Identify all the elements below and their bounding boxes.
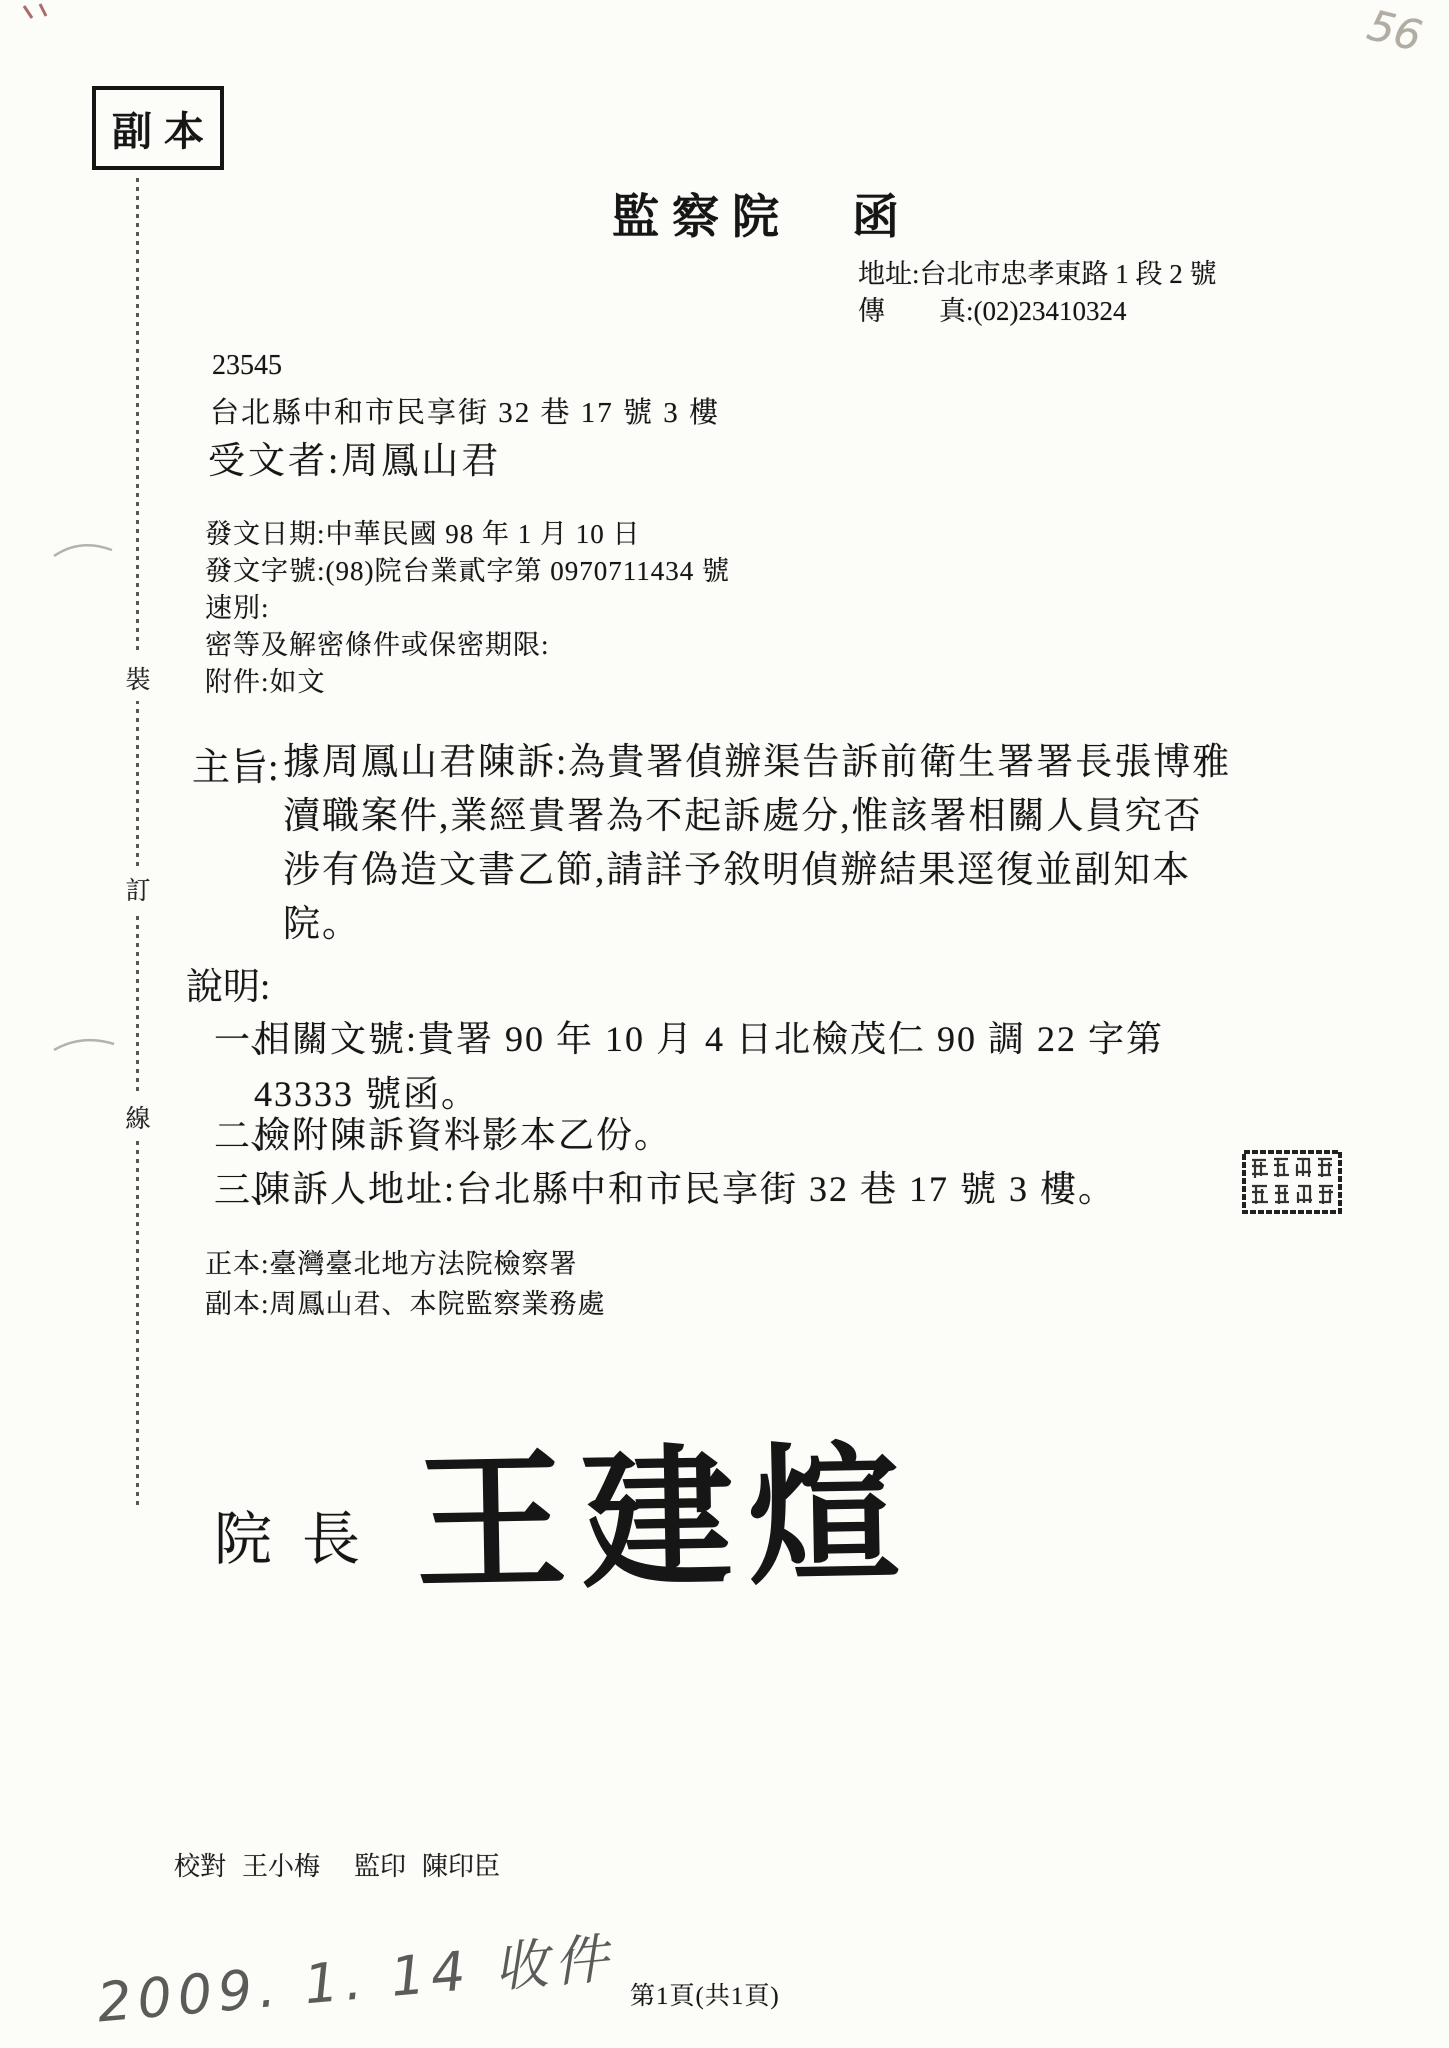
- ref-number-value: (98)院台業貳字第 0970711434 號: [326, 556, 730, 586]
- attachment-label: 附件:: [205, 667, 270, 697]
- issue-date-value: 中華民國 98 年 1 月 10 日: [326, 519, 641, 549]
- explanation-line: 相關文號:貴署 90 年 10 月 4 日北檢茂仁 90 調 22 字第: [254, 1012, 1374, 1067]
- scan-artifact-marks: [18, 2, 88, 32]
- page-number: 第1頁(共1頁): [630, 1976, 780, 2012]
- ref-number-line: 發文字號:(98)院台業貳字第 0970711434 號: [205, 553, 730, 590]
- recipient-line: 受文者:周鳳山君: [208, 430, 501, 484]
- signer-title: 院長: [214, 1492, 390, 1576]
- explanation-item-2-text: 檢附陳訴資料影本乙份。: [254, 1108, 1374, 1163]
- ref-number-label: 發文字號:: [205, 556, 326, 586]
- original-label: 正本:: [205, 1249, 270, 1279]
- official-seal-stamp-icon: [1242, 1150, 1342, 1214]
- explanation-item-3-text: 陳訴人地址:台北縣中和市民享街 32 巷 17 號 3 樓。: [254, 1162, 1374, 1217]
- binding-char-zhuang: 裝: [122, 655, 154, 701]
- fax-value: (02)23410324: [974, 296, 1127, 326]
- explanation-line: 檢附陳訴資料影本乙份。: [254, 1108, 1374, 1163]
- document-meta-block: 發文日期:中華民國 98 年 1 月 10 日 發文字號:(98)院台業貳字第 …: [205, 516, 730, 701]
- handwritten-receipt-note: 2009. 1. 14 收件: [94, 1916, 617, 2038]
- president-signature: 王建煊: [413, 1394, 915, 1621]
- recipient-label: 受文者:: [208, 441, 341, 482]
- recipient-name: 周鳳山君: [341, 441, 501, 482]
- subject-label: 主旨:: [192, 736, 279, 791]
- subject-line: 院。: [283, 898, 1303, 952]
- issue-date-label: 發文日期:: [205, 519, 326, 549]
- carbon-copy-line: 副本:周鳳山君、本院監察業務處: [205, 1284, 606, 1324]
- subject-line: 據周鳳山君陳訴:為貴署偵辦渠告訴前衛生署署長張博雅: [283, 736, 1303, 790]
- carbon-copy-value: 周鳳山君、本院監察業務處: [270, 1289, 606, 1319]
- address-label: 地址:: [858, 256, 920, 293]
- binding-char-xian: 線: [122, 1094, 154, 1140]
- attachment-value: 如文: [270, 667, 326, 697]
- proofread-label: 校對: [174, 1852, 226, 1881]
- binding-char-ding: 訂: [122, 866, 154, 912]
- address-value: 台北市忠孝東路 1 段 2 號: [920, 259, 1217, 289]
- pencil-curve-mark-bottom: [50, 1032, 120, 1058]
- sender-contact-block: 地址:台北市忠孝東路 1 段 2 號 傳 真:(02)23410324: [858, 256, 1217, 330]
- copy-type-stamp: 副本: [92, 86, 224, 170]
- binding-dotted-line: [136, 178, 139, 1508]
- speed-line: 速別:: [205, 590, 730, 627]
- subject-line: 涉有偽造文書乙節,請詳予敘明偵辦結果逕復並副知本: [283, 844, 1303, 898]
- security-line: 密等及解密條件或保密期限:: [205, 627, 730, 664]
- explanation-item-1-text: 相關文號:貴署 90 年 10 月 4 日北檢茂仁 90 調 22 字第 433…: [254, 1012, 1374, 1122]
- subject-line: 瀆職案件,業經貴署為不起訴處分,惟該署相關人員究否: [283, 790, 1303, 844]
- recipient-postal-code: 23545: [212, 350, 282, 382]
- document-title: 監察院 函: [612, 180, 912, 247]
- seal-keeper-label: 監印: [354, 1852, 406, 1881]
- subject-body: 據周鳳山君陳訴:為貴署偵辦渠告訴前衛生署署長張博雅 瀆職案件,業經貴署為不起訴處…: [283, 736, 1303, 952]
- issue-date-line: 發文日期:中華民國 98 年 1 月 10 日: [205, 516, 730, 553]
- distribution-block: 正本:臺灣臺北地方法院檢察署 副本:周鳳山君、本院監察業務處: [205, 1244, 606, 1324]
- original-copy-line: 正本:臺灣臺北地方法院檢察署: [205, 1244, 606, 1284]
- explanation-line: 陳訴人地址:台北縣中和市民享街 32 巷 17 號 3 樓。: [254, 1162, 1374, 1217]
- proofread-name: 王小梅: [242, 1852, 320, 1881]
- speed-label: 速別:: [205, 593, 270, 623]
- security-label: 密等及解密條件或保密期限:: [205, 630, 550, 660]
- sender-address-line: 地址:台北市忠孝東路 1 段 2 號: [858, 256, 1217, 293]
- recipient-address: 台北縣中和市民享街 32 巷 17 號 3 樓: [210, 390, 720, 431]
- proofread-line: 校對王小梅監印陳印臣: [174, 1846, 516, 1883]
- pencil-curve-mark-top: [50, 536, 120, 562]
- sender-fax-line: 傳 真:(02)23410324: [858, 293, 1217, 330]
- carbon-copy-label: 副本:: [205, 1289, 270, 1319]
- fax-label: 傳 真:: [858, 293, 974, 330]
- original-value: 臺灣臺北地方法院檢察署: [270, 1249, 578, 1279]
- explanation-label: 說明:: [186, 956, 270, 1010]
- handwritten-corner-number: 56: [1363, 0, 1427, 60]
- attachment-line: 附件:如文: [205, 664, 730, 701]
- seal-keeper-name: 陳印臣: [422, 1852, 500, 1881]
- scanned-official-letter: 56 副本 裝 訂 線 監察院 函 地址:台北市忠孝東路 1 段 2 號 傳 真…: [0, 0, 1449, 2048]
